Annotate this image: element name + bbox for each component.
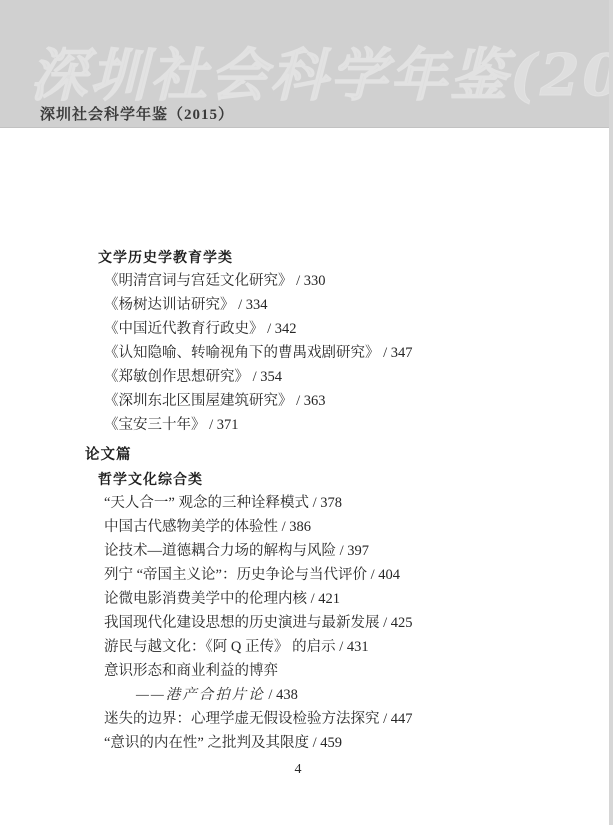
toc-entry-title: 论微电影消费美学中的伦理内核 [104,591,307,607]
toc-entry-title: 我国现代化建设思想的历史演进与最新发展 [104,615,380,631]
toc-entry-title: 列宁 “帝国主义论”：历史争论与当代评价 [104,567,367,583]
watermark-title: 深圳社会科学年鉴(2015) [30,30,613,112]
toc-entry-page: / 347 [380,345,413,361]
toc-entry: 游民与越文化：《阿 Q 正传》 的启示 / 431 [0,635,606,659]
toc-entry-page: / 447 [380,711,413,727]
page-header-band: 深圳社会科学年鉴(2015) 深圳社会科学年鉴（2015） [0,0,613,128]
toc-entry-title: “天人合一” 观念的三种诠释模式 [104,495,309,511]
toc-entry-page: / 459 [309,735,342,751]
toc-entry: 《郑敏创作思想研究》 / 354 [0,365,606,389]
toc-entry-title: 《深圳东北区围屋建筑研究》 [104,393,293,409]
toc-entry-page: / 438 [265,687,298,703]
toc-entry-title: 《宝安三十年》 [104,417,206,433]
toc-entry-page: / 425 [380,615,413,631]
toc-entry-page: / 404 [367,567,400,583]
toc-entry-title: ——港产合拍片论 [136,687,265,703]
running-header-title: 深圳社会科学年鉴（2015） [40,103,234,124]
scanned-book-page: 深圳社会科学年鉴(2015) 深圳社会科学年鉴（2015） 文学历史学教育学类《… [0,0,613,825]
toc-entry: 《深圳东北区围屋建筑研究》 / 363 [0,389,606,413]
toc-entry: 《杨树达训诂研究》 / 334 [0,293,606,317]
toc-entry-title: 中国古代感物美学的体验性 [104,519,278,535]
toc-entry: 论微电影消费美学中的伦理内核 / 421 [0,587,606,611]
toc-entry: ——港产合拍片论 / 438 [0,683,606,707]
toc-entry-title: 论技术—道德耦合力场的解构与风险 [104,543,336,559]
toc-part-heading: 论文篇 [0,443,606,467]
toc-entry-title: 《郑敏创作思想研究》 [104,369,249,385]
toc-entry: 《宝安三十年》 / 371 [0,413,606,437]
toc-entry-page: / 421 [307,591,340,607]
toc-entry-title: 《认知隐喻、转喻视角下的曹禺戏剧研究》 [104,345,380,361]
scan-edge-right [609,0,613,825]
toc-entry-page: / 363 [293,393,326,409]
toc-entry: “天人合一” 观念的三种诠释模式 / 378 [0,491,606,515]
toc-entry-title: “意识的内在性” 之批判及其限度 [104,735,309,751]
toc-category-heading: 文学历史学教育学类 [0,245,606,269]
toc-entry-title: 《明清宫词与宫廷文化研究》 [104,273,293,289]
toc-entry: 《明清宫词与宫廷文化研究》 / 330 [0,269,606,293]
table-of-contents: 文学历史学教育学类《明清宫词与宫廷文化研究》 / 330《杨树达训诂研究》 / … [0,245,606,755]
toc-entry: “意识的内在性” 之批判及其限度 / 459 [0,731,606,755]
toc-entry-page: / 354 [249,369,282,385]
toc-entry-page: / 431 [336,639,369,655]
toc-entry: 迷失的边界：心理学虚无假设检验方法探究 / 447 [0,707,606,731]
toc-entry-title: 游民与越文化：《阿 Q 正传》 的启示 [104,639,336,655]
toc-entry-title: 意识形态和商业利益的博弈 [104,663,278,679]
page-number: 4 [0,762,596,778]
toc-entry: 我国现代化建设思想的历史演进与最新发展 / 425 [0,611,606,635]
toc-entry-page: / 371 [206,417,239,433]
toc-entry: 意识形态和商业利益的博弈 [0,659,606,683]
toc-entry-title: 《杨树达训诂研究》 [104,297,235,313]
toc-entry-title: 《中国近代教育行政史》 [104,321,264,337]
toc-entry: 列宁 “帝国主义论”：历史争论与当代评价 / 404 [0,563,606,587]
toc-entry-page: / 378 [309,495,342,511]
toc-entry-page: / 342 [264,321,297,337]
toc-entry-page: / 397 [336,543,369,559]
toc-category-heading: 哲学文化综合类 [0,467,606,491]
toc-entry-page: / 334 [235,297,268,313]
toc-entry-page: / 330 [293,273,326,289]
toc-entry: 《中国近代教育行政史》 / 342 [0,317,606,341]
toc-entry: 论技术—道德耦合力场的解构与风险 / 397 [0,539,606,563]
toc-entry: 《认知隐喻、转喻视角下的曹禺戏剧研究》 / 347 [0,341,606,365]
toc-entry-page: / 386 [278,519,311,535]
toc-entry: 中国古代感物美学的体验性 / 386 [0,515,606,539]
toc-entry-title: 迷失的边界：心理学虚无假设检验方法探究 [104,711,380,727]
